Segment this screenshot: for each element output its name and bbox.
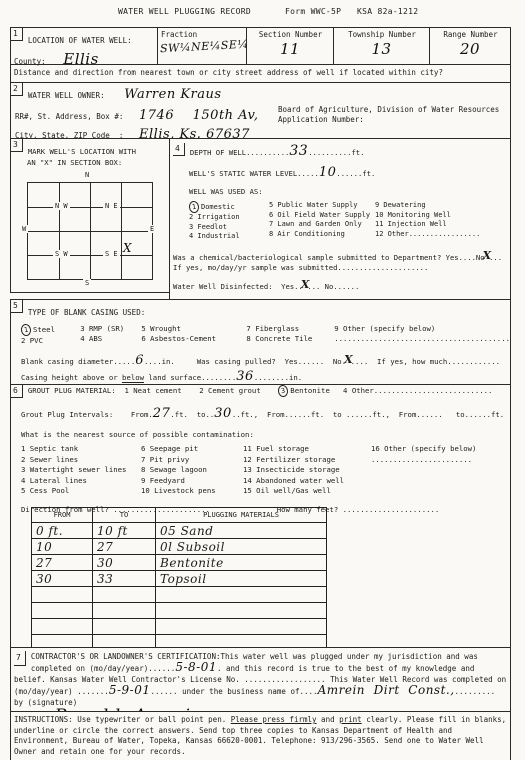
table-row-empty — [32, 619, 327, 635]
section-1-number: 1 — [11, 28, 23, 41]
grout-intervals-dots: ..ft., From......ft. to ......ft., From.… — [232, 410, 504, 419]
option-item: 4 Industrial — [189, 232, 269, 242]
casing-pulled-dots: .... If yes, how much............ — [351, 357, 500, 366]
option-item: 8 Air Conditioning — [269, 230, 375, 240]
section-4-well-info: 4DEPTH OF WELL..........33..........ft. … — [169, 138, 511, 300]
option-item: 16 Other (specify below) — [371, 444, 510, 455]
section-5-casing: 5TYPE OF BLANK CASING USED: 1Steel 2 PVC… — [10, 299, 511, 385]
option-item: 8 Sewage lagoon — [141, 465, 243, 476]
static-level-value: 10 — [319, 165, 337, 180]
casing-pulled-no-x-mark: X — [344, 353, 353, 366]
depth-value: 33 — [289, 143, 308, 159]
casing-pulled-label: ....in. Was casing pulled? Yes...... No. — [144, 357, 346, 366]
section-5-title: TYPE OF BLANK CASING USED: — [28, 308, 145, 317]
grid-se-label: S E — [103, 250, 120, 258]
materials-column-header: PLUGGING MATERIALS — [156, 508, 327, 523]
table-row: 30 33 Topsoil — [32, 571, 327, 587]
business-name-value: Amrein Dirt Const., — [318, 683, 455, 697]
section-location-grid: N S W E N W N E S W S E X — [17, 171, 161, 289]
grout-material-label: GROUT PLUG MATERIAL: — [28, 386, 116, 395]
grid-line — [28, 231, 152, 232]
plugged-date-value: 5-8-01 — [175, 660, 217, 674]
option-item: 2 Irrigation — [189, 213, 269, 223]
material-cell: 05 Sand — [156, 523, 327, 539]
casing-height-value: 36 — [236, 369, 254, 384]
address-label: RR#, St. Address, Box #: — [15, 112, 123, 121]
option-item: 3 Watertight sewer lines — [21, 465, 141, 476]
disinfected-yes-x-mark: X — [301, 278, 310, 291]
well-use-options: 1Domestic 2 Irrigation 3 Feedlot 4 Indus… — [189, 201, 507, 242]
instructions-text-1: INSTRUCTIONS: Use typewriter or ball poi… — [14, 715, 231, 724]
certification-text-3: ...... under the business name of.... — [150, 687, 317, 696]
option-item: 4 Lateral lines — [21, 476, 141, 487]
option-item: 12 Fertilizer storage — [243, 455, 371, 466]
agency-name: Board of Agriculture, Division of Water … — [278, 105, 506, 115]
from-cell: 10 — [32, 539, 93, 555]
press-firmly-underlined: Please press firmly — [231, 715, 317, 724]
statute-reference: KSA 82a-1212 — [357, 7, 418, 16]
option-item: 9 Feedyard — [141, 476, 243, 487]
grid-nw-label: N W — [53, 202, 70, 210]
option-item: 5 Public Water Supply — [269, 201, 375, 211]
section-6-number: 6 — [11, 385, 23, 398]
township-number-cell: Township Number 13 — [333, 28, 429, 64]
option-item: 9 Dewatering — [375, 201, 507, 211]
circled-option-number: 3 — [278, 384, 290, 397]
option-item: 10 Livestock pens — [141, 486, 243, 497]
option-item: 13 Insecticide storage — [243, 465, 371, 476]
option-item: 2 PVC — [21, 336, 80, 346]
section-4-number: 4 — [173, 143, 185, 156]
grout-option-2: 2 Cement grout — [199, 386, 261, 395]
range-number-cell: Range Number 20 — [429, 28, 510, 64]
to-cell: 33 — [93, 571, 156, 587]
instructions-text-2: and — [317, 715, 340, 724]
section-3-location-grid: 3MARK WELL'S LOCATION WITH AN "X" IN SEC… — [10, 138, 170, 293]
option-item: 1Steel — [21, 324, 80, 336]
grid-sw-label: S W — [53, 250, 70, 258]
section-7-number: 7 — [14, 651, 26, 666]
option-item: 6 Oil Field Water Supply — [269, 211, 375, 221]
plugging-materials-table: FROM TO PLUGGING MATERIALS 0 ft. 10 ft 0… — [31, 507, 327, 651]
grout-option-1: 1 Neat cement — [125, 386, 182, 395]
owner-value: Warren Kraus — [124, 87, 221, 102]
table-header-row: FROM TO PLUGGING MATERIALS — [32, 508, 327, 523]
option-item: 6 Asbestos-Cement — [141, 334, 246, 344]
grid-south-label: S — [83, 279, 91, 287]
to-cell: 10 ft — [93, 523, 156, 539]
casing-diameter-label: Blank casing diameter..... — [21, 357, 135, 366]
section-1-title: LOCATION OF WATER WELL: — [28, 36, 132, 45]
section-5-number: 5 — [11, 300, 23, 313]
range-number-label: Range Number — [430, 28, 510, 39]
grout-option-4: 4 Other........................... — [343, 386, 492, 395]
section-3-title-line2: AN "X" IN SECTION BOX: — [27, 158, 169, 167]
to-cell: 30 — [93, 555, 156, 571]
static-level-label: WELL'S STATIC WATER LEVEL..... — [189, 169, 319, 178]
well-location-x-mark: X — [123, 241, 132, 255]
option-item: 8 Concrete Tile — [246, 334, 334, 344]
option-item: 12 Other................. — [375, 230, 507, 240]
form-body: 1LOCATION OF WATER WELL: County: Ellis F… — [10, 28, 511, 760]
table-row: 0 ft. 10 ft 05 Sand — [32, 523, 327, 539]
record-date-value: 5-9-01 — [109, 683, 151, 697]
fraction-value: SW¼NE¼SE¼ — [160, 38, 247, 55]
fraction-cell: Fraction SW¼NE¼SE¼ — [157, 28, 246, 64]
sample-question: Was a chemical/bacteriological sample su… — [173, 253, 485, 262]
depth-units: ..........ft. — [308, 148, 364, 157]
option-item: 7 Lawn and Garden Only — [269, 220, 375, 230]
option-item: 9 Other (specify below) — [334, 324, 510, 334]
table-row: 27 30 Bentonite — [32, 555, 327, 571]
form-number: Form WWC-5P — [285, 7, 341, 16]
owner-label: WATER WELL OWNER: — [28, 91, 105, 100]
fraction-label: Fraction — [158, 28, 246, 39]
option-item: ........................................ — [334, 334, 510, 344]
static-level-units: ......ft. — [336, 169, 375, 178]
grid-line — [28, 255, 152, 256]
section-2-owner: 2WATER WELL OWNER: Warren Kraus RR#, St.… — [10, 82, 511, 139]
township-number-label: Township Number — [334, 28, 429, 39]
location-cell: 1LOCATION OF WATER WELL: County: Ellis — [11, 28, 157, 64]
contamination-options: 1 Septic tank 2 Sewer lines 3 Watertight… — [21, 444, 510, 497]
grout-from-value: 27 — [153, 406, 171, 421]
grout-intervals-label: Grout Plug Intervals: From. — [21, 410, 153, 419]
material-cell: 0l Subsoil — [156, 539, 327, 555]
option-item: 7 Fiberglass — [246, 324, 334, 334]
option-item: 4 ABS — [80, 334, 141, 344]
option-item: 5 Cess Pool — [21, 486, 141, 497]
scanned-form-page: WATER WELL PLUGGING RECORD Form WWC-5P K… — [0, 0, 525, 760]
grout-option-3: Bentonite — [290, 386, 330, 395]
grid-east-label: E — [148, 225, 156, 233]
section-7-certification: 7 CONTRACTOR'S OR LANDOWNER'S CERTIFICAT… — [10, 647, 511, 712]
grid-line — [28, 207, 152, 208]
county-value: Ellis — [63, 50, 99, 68]
circled-option-number: 1 — [20, 323, 32, 336]
section-2-number: 2 — [11, 83, 23, 96]
grid-north-label: N — [83, 171, 91, 179]
contamination-question: What is the nearest source of possible c… — [21, 430, 510, 439]
range-number-value: 20 — [460, 40, 480, 58]
from-cell: 27 — [32, 555, 93, 571]
print-underlined: print — [339, 715, 362, 724]
from-cell: 0 ft. — [32, 523, 93, 539]
casing-height-label-2: land surface........ — [144, 373, 236, 382]
option-item: 7 Pit privy — [141, 455, 243, 466]
county-label: County: — [14, 57, 46, 66]
circled-option-number: 1 — [188, 200, 200, 213]
casing-height-label: Casing height above or — [21, 373, 122, 382]
to-cell: 27 — [93, 539, 156, 555]
material-cell: Topsoil — [156, 571, 327, 587]
option-item: 10 Monitoring Well — [375, 211, 507, 221]
section-number-cell: Section Number 11 — [246, 28, 333, 64]
table-row-empty — [32, 603, 327, 619]
section-3-title-line1: MARK WELL'S LOCATION WITH — [28, 147, 136, 156]
from-column-header: FROM — [32, 508, 93, 523]
option-item: ....................... — [371, 455, 510, 466]
option-item: 5 Wrought — [141, 324, 246, 334]
address-value: 1746 150th Av, — [139, 108, 258, 123]
option-label: Domestic — [201, 203, 235, 211]
grid-west-label: W — [20, 225, 28, 233]
grid-ne-label: N E — [103, 202, 120, 210]
option-item: 3 Feedlot — [189, 223, 269, 233]
disinfected-no-dots: ... No...... — [307, 282, 359, 291]
casing-options: 1Steel 2 PVC 3 RMP (SR) 4 ABS 5 Wrought … — [21, 324, 510, 346]
form-title: WATER WELL PLUGGING RECORD — [118, 7, 251, 16]
option-item: 11 Injection Well — [375, 220, 507, 230]
instructions-section: INSTRUCTIONS: Use typewriter or ball poi… — [10, 711, 511, 760]
application-number-label: Application Number: — [278, 115, 506, 125]
to-column-header: TO — [93, 508, 156, 523]
option-item: 11 Fuel storage — [243, 444, 371, 455]
option-item: 15 Oil well/Gas well — [243, 486, 371, 497]
option-item: 14 Abandoned water well — [243, 476, 371, 487]
section-number-label: Section Number — [247, 28, 333, 39]
table-row: 10 27 0l Subsoil — [32, 539, 327, 555]
option-item: 1Domestic — [189, 201, 269, 213]
grout-to-value: 30 — [214, 406, 232, 421]
certification-text-4: ......... — [455, 687, 496, 696]
option-label: Steel — [33, 325, 55, 334]
disinfected-label: Water Well Disinfected: Yes.. — [173, 282, 303, 291]
material-cell: Bentonite — [156, 555, 327, 571]
section-1-location: 1LOCATION OF WATER WELL: County: Ellis F… — [10, 27, 511, 83]
option-item: 3 RMP (SR) — [80, 324, 141, 334]
table-row-empty — [32, 587, 327, 603]
section-number-value: 11 — [280, 40, 300, 58]
grid-box — [27, 182, 153, 280]
well-used-as-label: WELL WAS USED AS: — [189, 187, 507, 196]
option-item: 2 Sewer lines — [21, 455, 141, 466]
section-3-number: 3 — [11, 139, 23, 152]
option-item: 1 Septic tank — [21, 444, 141, 455]
casing-diameter-value: 6 — [135, 353, 144, 368]
grout-intervals-mid: .ft. to.. — [170, 410, 214, 419]
sample-no-x-mark: X — [483, 249, 492, 262]
below-underlined: below — [122, 373, 144, 383]
if-yes-line: If yes, mo/day/yr sample was submitted..… — [173, 263, 507, 272]
option-item: 6 Seepage pit — [141, 444, 243, 455]
township-number-value: 13 — [371, 40, 391, 58]
depth-label: DEPTH OF WELL.......... — [190, 148, 290, 157]
casing-height-units: ........in. — [254, 373, 302, 382]
from-cell: 30 — [32, 571, 93, 587]
section-6-grout: 6GROUT PLUG MATERIAL: 1 Neat cement 2 Ce… — [10, 384, 511, 648]
